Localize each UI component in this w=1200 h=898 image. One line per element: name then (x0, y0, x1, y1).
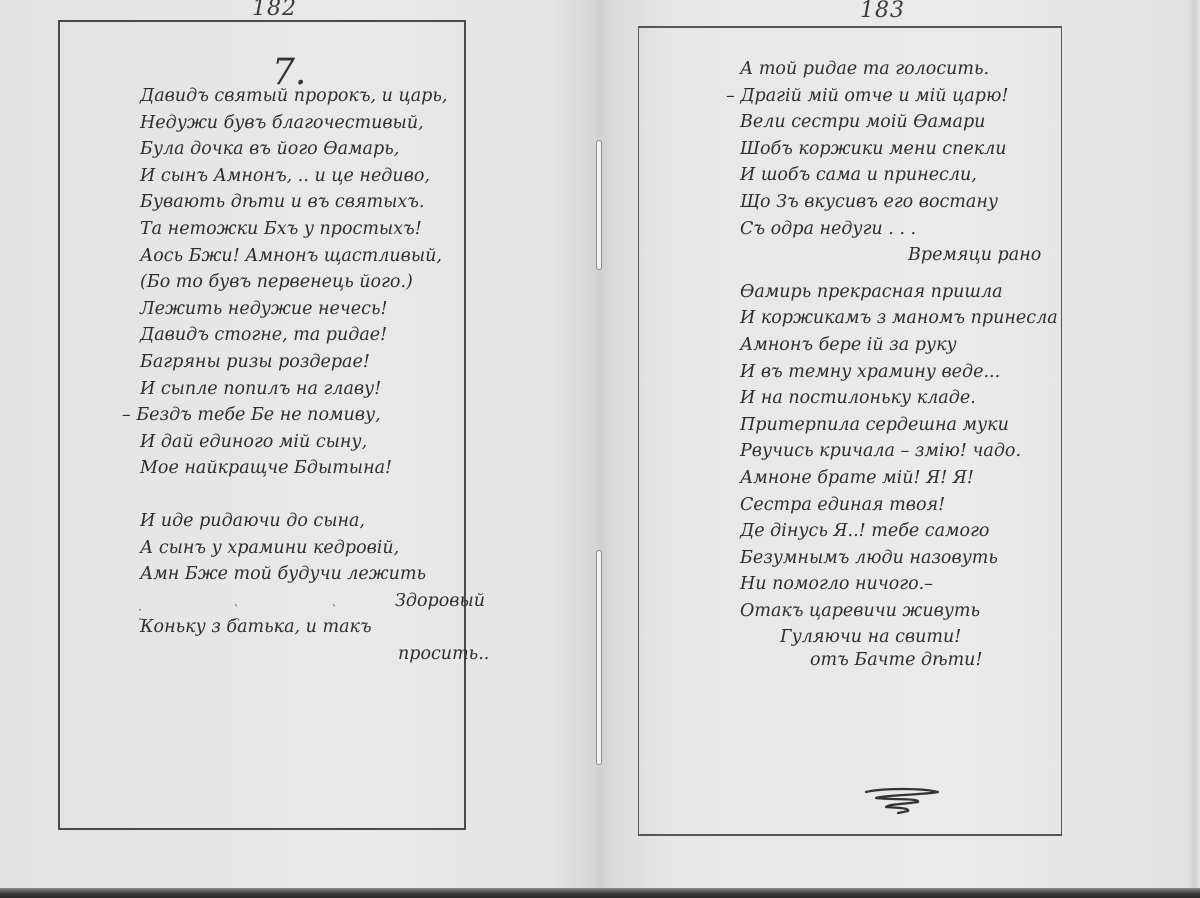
poem-line: просить.. (140, 641, 550, 668)
poem-line: Отакъ царевичи живуть (740, 598, 1150, 625)
poem-line: И коржикамъ з маномъ принесла (740, 305, 1150, 332)
poem-line: Амноне брате мій! Я! Я! (740, 465, 1150, 492)
poem-line: И на постилоньку кладе. (740, 385, 1150, 412)
stanza-gap (140, 482, 550, 508)
poem-line: Аось Бжи! Амнонъ щастливый, (140, 243, 550, 270)
poem-line: Сестра единая твоя! (740, 492, 1150, 519)
right-page-number: 183 (860, 0, 905, 23)
poem-line: Багряны ризы роздерае! (140, 349, 550, 376)
poem-line: Рвучись кричала – змію! чадо. (740, 438, 1150, 465)
poem-line: Өамирь прекрасная пришла (740, 279, 1150, 306)
page-edge-right (1188, 0, 1200, 890)
poem-line: И въ темну храмину веде... (740, 359, 1150, 386)
poem-line: И сыпле попилъ на главу! (140, 376, 550, 403)
poem-line: отъ Бачте дѣти! (740, 647, 1150, 674)
poem-line: Времяци рано (740, 242, 1150, 269)
right-page-poem: А той ридае та голосить. – Драгій мій от… (740, 56, 1150, 674)
binding-stitch-upper (596, 140, 602, 270)
stanza-gap (740, 269, 1150, 279)
poem-line: И шобъ сама и принесли, (740, 162, 1150, 189)
poem-line: Шобъ коржики мени спекли (740, 136, 1150, 163)
left-page-number: 182 (252, 0, 297, 21)
poem-line: Амн Бже той будучи лежить (140, 561, 550, 588)
poem-line: Де дінусь Я..! тебе самого (740, 518, 1150, 545)
poem-line: И сынъ Амнонъ, .. и це недиво, (140, 163, 550, 190)
poem-line: Вели сестри моій Өамари (740, 109, 1150, 136)
left-page-poem: Давидъ святый пророкъ, и царь, Недужи бу… (140, 83, 550, 667)
poem-line: Була дочка въ його Өамарь, (140, 136, 550, 163)
poem-line: Та нетожки Бхъ у простыхъ! (140, 216, 550, 243)
binding-stitch-lower (596, 550, 602, 765)
poem-line: Амнонъ бере ій за руку (740, 332, 1150, 359)
swirl-ornament-icon (862, 786, 942, 816)
poem-line: А той ридае та голосить. (740, 56, 1150, 83)
poem-line: Лежить недужие нечесь! (140, 296, 550, 323)
poem-line: Давидъ святый пророкъ, и царь, (140, 83, 550, 110)
poem-line: Недужи бувъ благочестивый, (140, 110, 550, 137)
poem-line: И иде ридаючи до сына, (140, 508, 550, 535)
poem-line: – Бездъ тебе Бе не помиву, (122, 402, 550, 429)
poem-line: Притерпила сердешна муки (740, 412, 1150, 439)
poem-line: И дай единого мій сыну, (140, 429, 550, 456)
poem-line: – Драгій мій отче и мій царю! (726, 83, 1150, 110)
poem-line: Бувають дѣти и въ святыхъ. (140, 189, 550, 216)
poem-line: Безумнымъ люди назовуть (740, 545, 1150, 572)
poem-line: Що Зъ вкусивъ его востану (740, 189, 1150, 216)
poem-line: (Бо то бувъ первенець його.) (140, 269, 550, 296)
poem-line: Ни помогло ничого.– (740, 571, 1150, 598)
poem-line: Давидъ стогне, та ридае! (140, 322, 550, 349)
stray-ink-marks: · ` ` ˜ ˜ ` (138, 603, 538, 619)
poem-line: Съ одра недуги . . . (740, 216, 1150, 243)
page-edge-bottom (0, 888, 1200, 898)
poem-line: Мое найкращче Бдытына! (140, 455, 550, 482)
poem-line: А сынъ у храмини кедровій, (140, 535, 550, 562)
